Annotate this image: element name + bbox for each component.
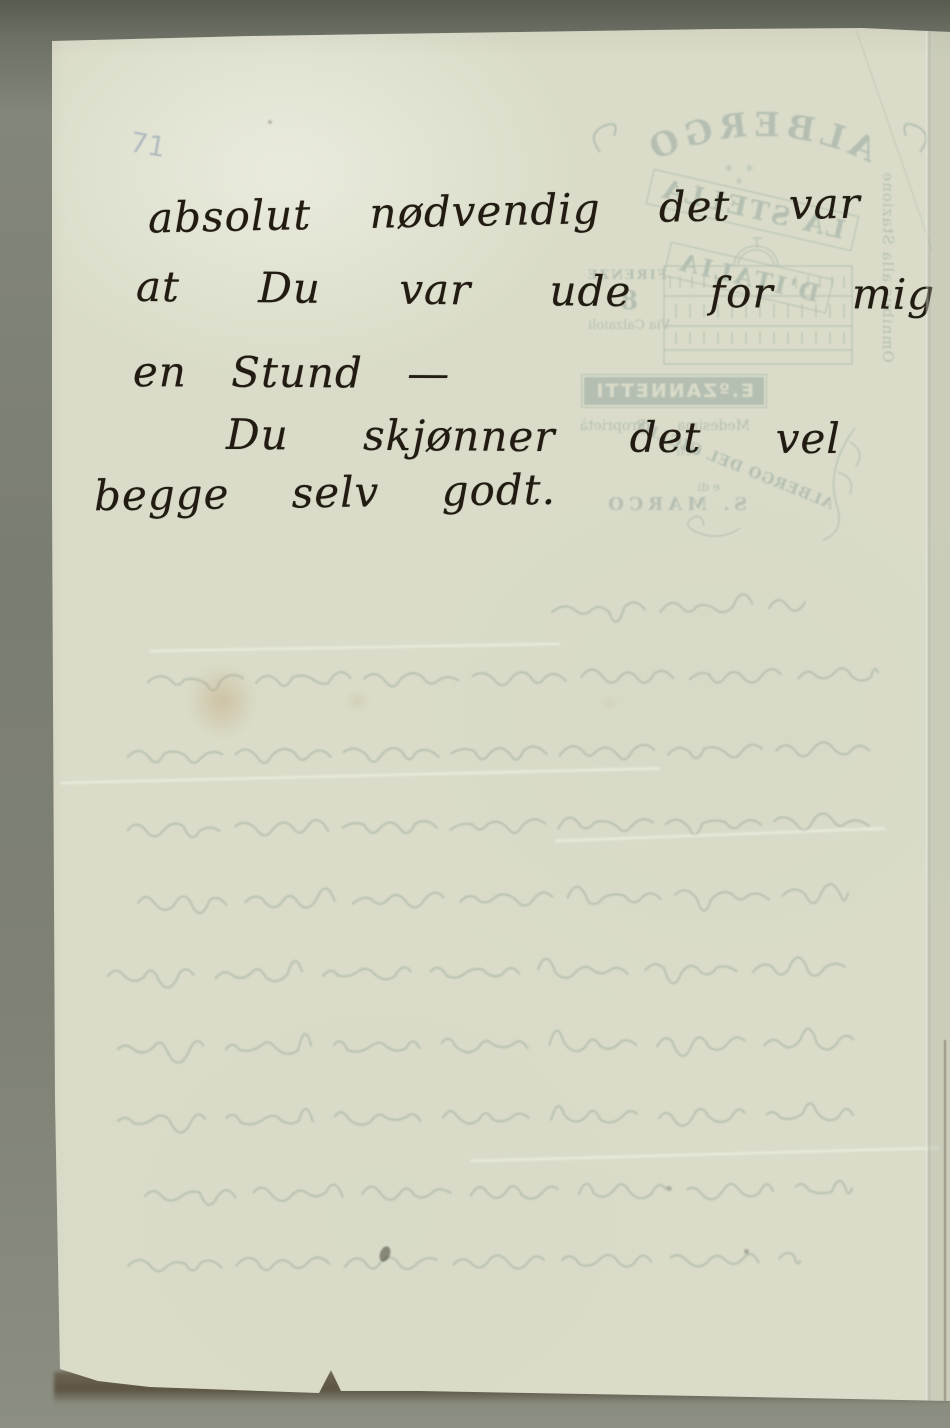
handwriting-line-5: begge selv godt. [94, 465, 557, 520]
stain-3 [600, 695, 620, 711]
handwriting-line-3: en Stund — [133, 347, 451, 398]
ghost-line-5 [138, 884, 848, 913]
ghost-line-8 [118, 1103, 860, 1132]
stain-2 [344, 690, 370, 712]
handwriting-line-2: at Du var ude for mig [136, 262, 936, 319]
letter-paper: ALBERGO ✳ ✳ ✳ LA STELLA D'ITALIA [0, 0, 950, 1428]
ghost-line-9 [145, 1181, 852, 1205]
ghost-line-2 [148, 668, 878, 690]
pencil-mark: 71 [127, 125, 168, 164]
stain-1 [186, 662, 258, 740]
ghost-line-7 [118, 1029, 855, 1063]
right-edge-shadow [944, 1040, 946, 1402]
bleed-through-letterhead: ALBERGO ✳ ✳ ✳ LA STELLA D'ITALIA [570, 92, 950, 582]
second-leaf-edge [930, 29, 950, 1401]
handwriting-line-4: Du skjønner det vel [226, 410, 841, 463]
scanned-letter: ALBERGO ✳ ✳ ✳ LA STELLA D'ITALIA [0, 0, 950, 1428]
ghost-line-3 [128, 742, 882, 763]
ghost-line-10 [128, 1253, 800, 1271]
ghost-line-6 [108, 957, 852, 987]
omnibus-note: Omnibus alla Stazione [879, 95, 897, 439]
ghost-line-1 [552, 594, 805, 622]
